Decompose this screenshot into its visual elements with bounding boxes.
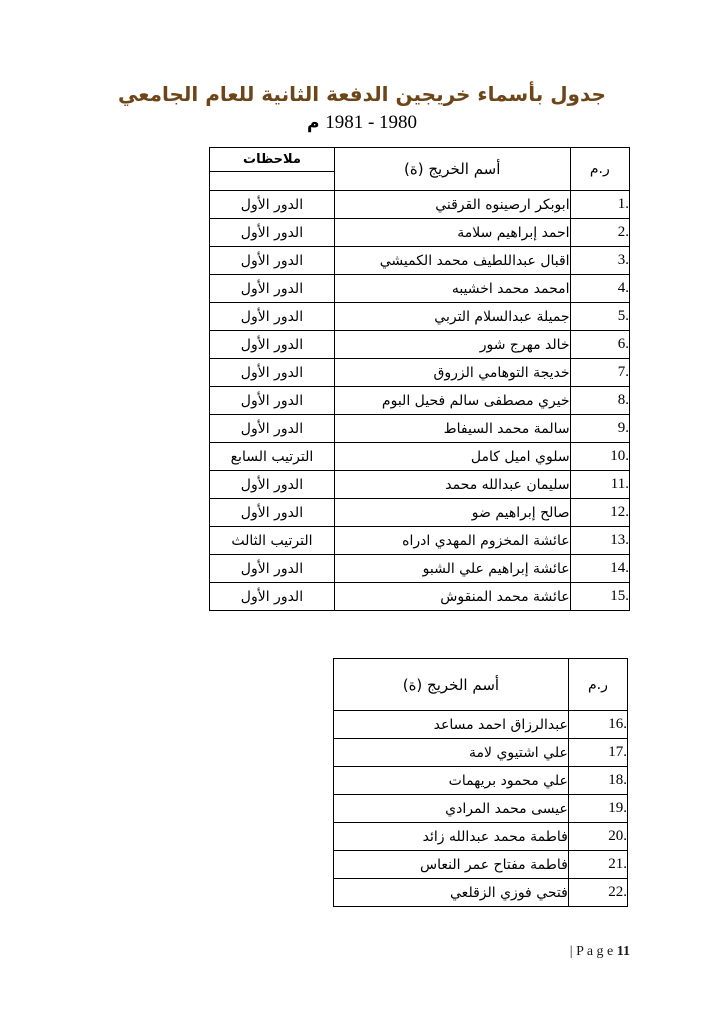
table-row: 11.سليمان عبدالله محمدالدور الأول	[210, 471, 630, 499]
row-note: الدور الأول	[210, 191, 335, 219]
graduate-name: صالح إبراهيم ضو	[334, 499, 570, 527]
table-row: 1.ابوبكر ارصينوه القرقنيالدور الأول	[210, 191, 630, 219]
column-header-name: أسم الخريج (ة)	[334, 148, 570, 191]
row-note: الدور الأول	[210, 499, 335, 527]
row-number: 9.	[570, 415, 629, 443]
graduates-table-1: ر.م أسم الخريج (ة) ملاحظات 1.ابوبكر ارصي…	[209, 147, 630, 611]
table-row: 3.اقبال عبداللطيف محمد الكميشيالدور الأو…	[210, 247, 630, 275]
graduate-name: فاطمة محمد عبدالله زائد	[334, 823, 569, 851]
row-number: 6.	[570, 331, 629, 359]
graduate-name: عائشة المخزوم المهدي ادراه	[334, 527, 570, 555]
table-row: 12.صالح إبراهيم ضوالدور الأول	[210, 499, 630, 527]
row-note: الدور الأول	[210, 415, 335, 443]
row-number: 21.	[568, 851, 627, 879]
row-note: الدور الأول	[210, 471, 335, 499]
footer-label: | P a g e	[570, 944, 614, 959]
column-header-notes-cell: ملاحظات	[210, 148, 335, 191]
row-note: الدور الأول	[210, 583, 335, 611]
row-number: 15.	[570, 583, 629, 611]
row-number: 1.	[570, 191, 629, 219]
row-note: الدور الأول	[210, 247, 335, 275]
table-row: 17.علي اشتيوي لامة	[334, 739, 628, 767]
column-header-name: أسم الخريج (ة)	[334, 659, 569, 711]
table-row: 4.امحمد محمد اخشيبهالدور الأول	[210, 275, 630, 303]
graduate-name: خالد مهرج شور	[334, 331, 570, 359]
row-number: 19.	[568, 795, 627, 823]
row-number: 22.	[568, 879, 627, 907]
page-subtitle: 1980 - 1981 م	[0, 112, 724, 134]
graduate-name: سالمة محمد السيفاط	[334, 415, 570, 443]
row-number: 20.	[568, 823, 627, 851]
graduate-name: علي اشتيوي لامة	[334, 739, 569, 767]
table-row: 10.سلوي اميل كاملالترتيب السابع	[210, 443, 630, 471]
row-number: 10.	[570, 443, 629, 471]
table-row: 13.عائشة المخزوم المهدي ادراهالترتيب الث…	[210, 527, 630, 555]
row-number: 11.	[570, 471, 629, 499]
row-number: 7.	[570, 359, 629, 387]
graduate-name: جميلة عبدالسلام التربي	[334, 303, 570, 331]
graduate-name: عائشة إبراهيم علي الشبو	[334, 555, 570, 583]
year-suffix: م	[307, 113, 319, 133]
graduate-name: علي محمود بريهمات	[334, 767, 569, 795]
document-page: جدول بأسماء خريجين الدفعة الثانية للعام …	[0, 0, 724, 1024]
table-row: 9.سالمة محمد السيفاطالدور الأول	[210, 415, 630, 443]
graduate-name: عيسى محمد المرادي	[334, 795, 569, 823]
row-note: الدور الأول	[210, 275, 335, 303]
row-number: 13.	[570, 527, 629, 555]
table-row: 18.علي محمود بريهمات	[334, 767, 628, 795]
row-note: الدور الأول	[210, 555, 335, 583]
row-note: الدور الأول	[210, 219, 335, 247]
row-number: 16.	[568, 711, 627, 739]
graduate-name: احمد إبراهيم سلامة	[334, 219, 570, 247]
table-row: 20.فاطمة محمد عبدالله زائد	[334, 823, 628, 851]
table-row: 7.خديجة التوهامي الزروقالدور الأول	[210, 359, 630, 387]
table-row: 22.فتحي فوزي الزقلعي	[334, 879, 628, 907]
table-row: 21.فاطمة مفتاح عمر النعاس	[334, 851, 628, 879]
graduate-name: ابوبكر ارصينوه القرقني	[334, 191, 570, 219]
graduate-name: فتحي فوزي الزقلعي	[334, 879, 569, 907]
row-number: 8.	[570, 387, 629, 415]
row-number: 14.	[570, 555, 629, 583]
row-number: 4.	[570, 275, 629, 303]
row-note: الدور الأول	[210, 359, 335, 387]
row-number: 12.	[570, 499, 629, 527]
graduate-name: خيري مصطفى سالم فحيل البوم	[334, 387, 570, 415]
graduate-name: اقبال عبداللطيف محمد الكميشي	[334, 247, 570, 275]
row-note: الترتيب السابع	[210, 443, 335, 471]
table-row: 8.خيري مصطفى سالم فحيل البومالدور الأول	[210, 387, 630, 415]
graduates-table-2: ر.م أسم الخريج (ة) 16.عبدالرزاق احمد مسا…	[333, 658, 628, 907]
row-number: 2.	[570, 219, 629, 247]
table-row: 19.عيسى محمد المرادي	[334, 795, 628, 823]
row-number: 3.	[570, 247, 629, 275]
row-note: الدور الأول	[210, 331, 335, 359]
table-header-row: ر.م أسم الخريج (ة) ملاحظات	[210, 148, 630, 191]
graduate-name: فاطمة مفتاح عمر النعاس	[334, 851, 569, 879]
graduate-name: سليمان عبدالله محمد	[334, 471, 570, 499]
academic-year-range: 1980 - 1981	[325, 112, 417, 133]
page-footer: | P a g e 11	[570, 944, 630, 960]
row-note: الدور الأول	[210, 303, 335, 331]
graduate-name: خديجة التوهامي الزروق	[334, 359, 570, 387]
table-row: 14.عائشة إبراهيم علي الشبوالدور الأول	[210, 555, 630, 583]
row-number: 18.	[568, 767, 627, 795]
table-row: 5.جميلة عبدالسلام التربيالدور الأول	[210, 303, 630, 331]
column-header-serial: ر.م	[570, 148, 629, 191]
table-row: 15.عائشة محمد المنقوشالدور الأول	[210, 583, 630, 611]
row-note: الترتيب الثالث	[210, 527, 335, 555]
column-header-notes: ملاحظات	[210, 148, 334, 172]
table-header-row: ر.م أسم الخريج (ة)	[334, 659, 628, 711]
graduate-name: امحمد محمد اخشيبه	[334, 275, 570, 303]
row-number: 5.	[570, 303, 629, 331]
row-note: الدور الأول	[210, 387, 335, 415]
table-row: 2.احمد إبراهيم سلامةالدور الأول	[210, 219, 630, 247]
page-title: جدول بأسماء خريجين الدفعة الثانية للعام …	[0, 82, 724, 106]
notes-header-empty-cell	[210, 172, 334, 190]
row-number: 17.	[568, 739, 627, 767]
graduate-name: سلوي اميل كامل	[334, 443, 570, 471]
graduate-name: عائشة محمد المنقوش	[334, 583, 570, 611]
footer-page-number: 11	[617, 944, 630, 959]
column-header-serial: ر.م	[568, 659, 627, 711]
graduate-name: عبدالرزاق احمد مساعد	[334, 711, 569, 739]
table-row: 16.عبدالرزاق احمد مساعد	[334, 711, 628, 739]
table-row: 6.خالد مهرج شورالدور الأول	[210, 331, 630, 359]
